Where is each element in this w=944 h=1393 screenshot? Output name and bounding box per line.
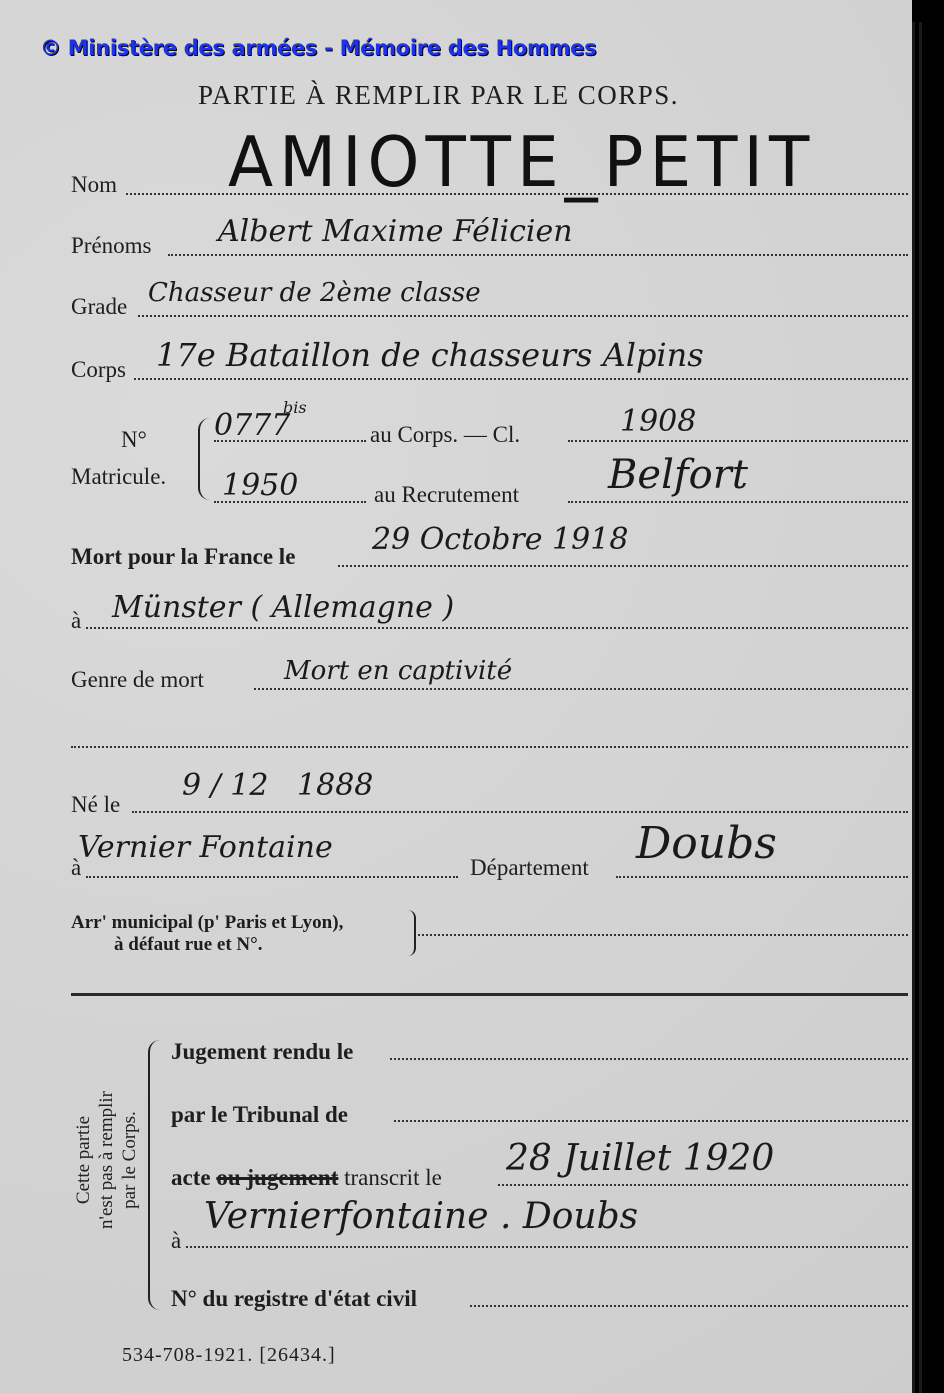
matricule-no-label: N° <box>121 427 147 453</box>
grade-label: Grade <box>71 294 127 320</box>
corps-number-suffix: bis <box>283 398 307 417</box>
matricule-label: Matricule. <box>71 464 166 490</box>
ne-lieu-value: Vernier Fontaine <box>78 830 333 865</box>
acte-value: 28 Juillet 1920 <box>506 1138 774 1179</box>
ne-le-label: Né le <box>71 792 120 818</box>
matricule-brace <box>198 418 210 500</box>
nom-value: AMIOTTE_PETIT <box>228 122 815 203</box>
mort-date-dotted-line <box>338 565 908 567</box>
grade-value: Chasseur de 2ème classe <box>148 278 481 308</box>
side-note-line-2: n'est pas à remplir <box>95 1030 118 1290</box>
tribunal-dotted-line <box>394 1120 908 1122</box>
acte-label-struck: ou jugement <box>216 1165 338 1190</box>
transcrit-lieu-label: à <box>171 1228 181 1254</box>
arrondissement-label-line2: à défaut rue et N°. <box>114 934 262 956</box>
mort-lieu-dotted-line <box>86 627 908 629</box>
border-rule-2 <box>919 22 922 1393</box>
acte-label-prefix: acte <box>171 1165 211 1190</box>
corps-number-dotted-line <box>214 440 366 442</box>
genre-mort-dotted-line <box>254 688 908 690</box>
corps-number-value: 0777 <box>214 408 290 443</box>
departement-value: Doubs <box>636 818 777 869</box>
arrondissement-brace <box>408 910 416 956</box>
recrutement-place-value: Belfort <box>608 452 748 498</box>
departement-dotted-line <box>616 876 908 878</box>
mort-date-value: 29 Octobre 1918 <box>372 522 628 557</box>
side-note-line-1: Cette partie <box>72 1030 95 1290</box>
transcrit-lieu-dotted-line <box>186 1246 908 1248</box>
tribunal-label: par le Tribunal de <box>171 1102 348 1128</box>
side-note-line-3: par le Corps. <box>118 1030 141 1290</box>
recrutement-number-dotted-line <box>214 501 366 503</box>
mort-date-label: Mort pour la France le <box>71 544 295 570</box>
corps-label: Corps <box>71 357 126 383</box>
record-card: © Ministère des armées - Mémoire des Hom… <box>0 0 912 1393</box>
recrutement-dotted-line <box>568 501 908 503</box>
departement-label: Département <box>470 855 589 881</box>
genre-mort-label: Genre de mort <box>71 667 204 693</box>
registre-label: N° du registre d'état civil <box>171 1286 417 1312</box>
nom-label: Nom <box>71 172 117 198</box>
ne-lieu-dotted-line <box>86 876 458 878</box>
mort-lieu-value: Münster ( Allemagne ) <box>112 590 454 625</box>
acte-label-suffix: transcrit le <box>344 1165 442 1190</box>
corps-value: 17e Bataillon de chasseurs Alpins <box>156 336 704 374</box>
civil-section-side-note: Cette partie n'est pas à remplir par le … <box>72 1030 141 1290</box>
jugement-rendu-label: Jugement rendu le <box>171 1039 353 1065</box>
transcrit-lieu-value: Vernierfontaine . Doubs <box>204 1196 638 1237</box>
registre-dotted-line <box>470 1305 908 1307</box>
prenoms-dotted-line <box>168 254 908 256</box>
blank-dotted-line <box>71 746 908 748</box>
arrondissement-label-line1: Arr' municipal (p' Paris et Lyon), <box>71 912 343 934</box>
jugement-rendu-dotted-line <box>390 1058 908 1060</box>
section-divider <box>71 993 908 996</box>
au-recrutement-label: au Recrutement <box>374 482 519 508</box>
ne-le-dotted-line <box>132 811 908 813</box>
ne-le-value: 9 / 12 1888 <box>182 768 373 803</box>
classe-value: 1908 <box>620 404 696 439</box>
grade-dotted-line <box>138 315 908 317</box>
prenoms-label: Prénoms <box>71 233 152 259</box>
acte-dotted-line <box>498 1184 908 1186</box>
prenoms-value: Albert Maxime Félicien <box>218 214 573 249</box>
au-corps-classe-label: au Corps. — Cl. <box>370 422 520 448</box>
recrutement-number-value: 1950 <box>222 468 298 503</box>
border-rule-1 <box>912 22 915 1393</box>
mort-lieu-label: à <box>71 608 81 634</box>
genre-mort-value: Mort en captivité <box>284 656 512 686</box>
copyright-watermark: © Ministère des armées - Mémoire des Hom… <box>40 36 596 60</box>
form-heading: PARTIE À REMPLIR PAR LE CORPS. <box>198 80 679 111</box>
acte-label: acte ou jugement transcrit le <box>171 1165 442 1191</box>
corps-dotted-line <box>134 378 908 380</box>
arrondissement-dotted-line <box>418 934 908 936</box>
classe-dotted-line <box>568 440 908 442</box>
civil-section-brace <box>148 1040 160 1310</box>
print-code: 534-708-1921. [26434.] <box>122 1344 336 1367</box>
